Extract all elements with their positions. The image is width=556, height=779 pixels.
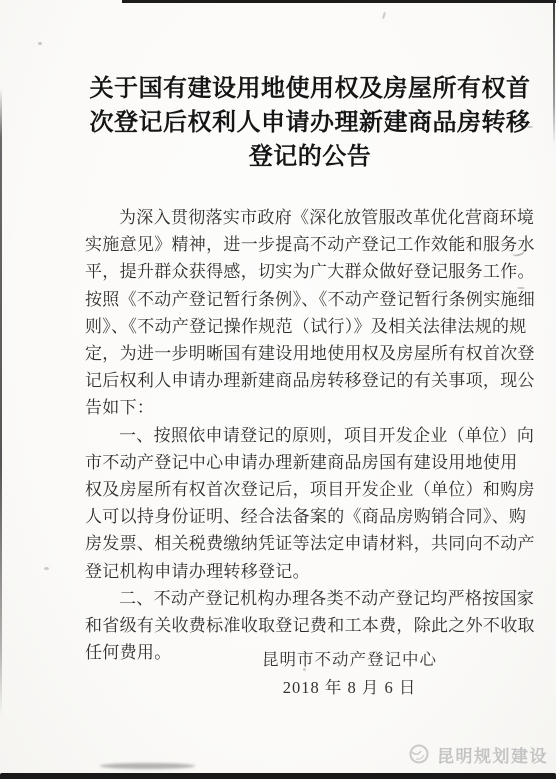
body-line: 一、按照依申请登记的原则，项目开发企业（单位）向	[85, 422, 537, 449]
watermark-label: 昆明规划建设	[437, 742, 548, 767]
document-title: 关于国有建设用地使用权及房屋所有权首 次登记后权利人申请办理新建商品房转移 登记…	[85, 72, 535, 174]
body-line: 登记机构申请办理转移登记。	[85, 558, 537, 585]
body-line: 和省级有关收费标准收取登记费和工本费，除此之外不收取	[85, 612, 537, 639]
body-line: 为深入贯彻落实市政府《深化放管服改革优化营商环境	[85, 204, 537, 231]
signature-date: 2018 年 8 月 6 日	[262, 674, 437, 702]
body-line: 记后权利人申请办理新建商品房转移登记的有关事项，现公	[85, 367, 537, 394]
body-line: 房发票、相关税费缴纳凭证等法定申请材料，共同向不动产	[85, 530, 537, 557]
body-line: 权及房屋所有权首次登记后，项目开发企业（单位）和购房	[85, 476, 537, 503]
title-line: 关于国有建设用地使用权及房屋所有权首	[85, 72, 535, 106]
signature-block: 昆明市不动产登记中心 2018 年 8 月 6 日	[262, 646, 437, 701]
document-body: 为深入贯彻落实市政府《深化放管服改革优化营商环境 实施意见》精神，进一步提高不动…	[85, 204, 537, 666]
scan-edge-top-line	[122, 0, 556, 3]
watermark: 昆明规划建设	[408, 740, 548, 768]
body-line: 实施意见》精神，进一步提高不动产登记工作效能和服务水	[85, 231, 537, 258]
scanned-announcement-page: 关于国有建设用地使用权及房屋所有权首 次登记后权利人申请办理新建商品房转移 登记…	[0, 0, 556, 779]
scan-smudge	[100, 763, 195, 769]
scan-edge-bottom-bar	[0, 773, 556, 779]
body-line: 市不动产登记中心申请办理新建商品房国有建设用地使用	[85, 449, 537, 476]
body-line: 二、不动产登记机构办理各类不动产登记均严格按国家	[85, 585, 537, 612]
title-line: 次登记后权利人申请办理新建商品房转移	[85, 106, 535, 140]
body-line: 告如下：	[85, 394, 537, 421]
scan-edge-left-line	[0, 88, 2, 716]
body-line: 人可以持身份证明、经合法备案的《商品房购销合同》、购	[85, 503, 537, 530]
scan-edge-right-line	[553, 0, 555, 145]
body-line: 则》、《不动产登记操作规范（试行）》及相关法律法规的规	[85, 313, 537, 340]
title-line: 登记的公告	[85, 140, 535, 174]
globe-logo-icon	[408, 743, 430, 765]
body-line: 定，为进一步明晰国有建设用地使用权及房屋所有权首次登	[85, 340, 537, 367]
body-line: 按照《不动产登记暂行条例》、《不动产登记暂行条例实施细	[85, 286, 537, 313]
scan-speck	[382, 12, 386, 19]
scan-speck	[38, 42, 42, 45]
body-line: 平，提升群众获得感，切实为广大群众做好登记服务工作。	[85, 258, 537, 285]
signature-organization: 昆明市不动产登记中心	[262, 646, 437, 674]
scan-speck	[44, 567, 49, 570]
